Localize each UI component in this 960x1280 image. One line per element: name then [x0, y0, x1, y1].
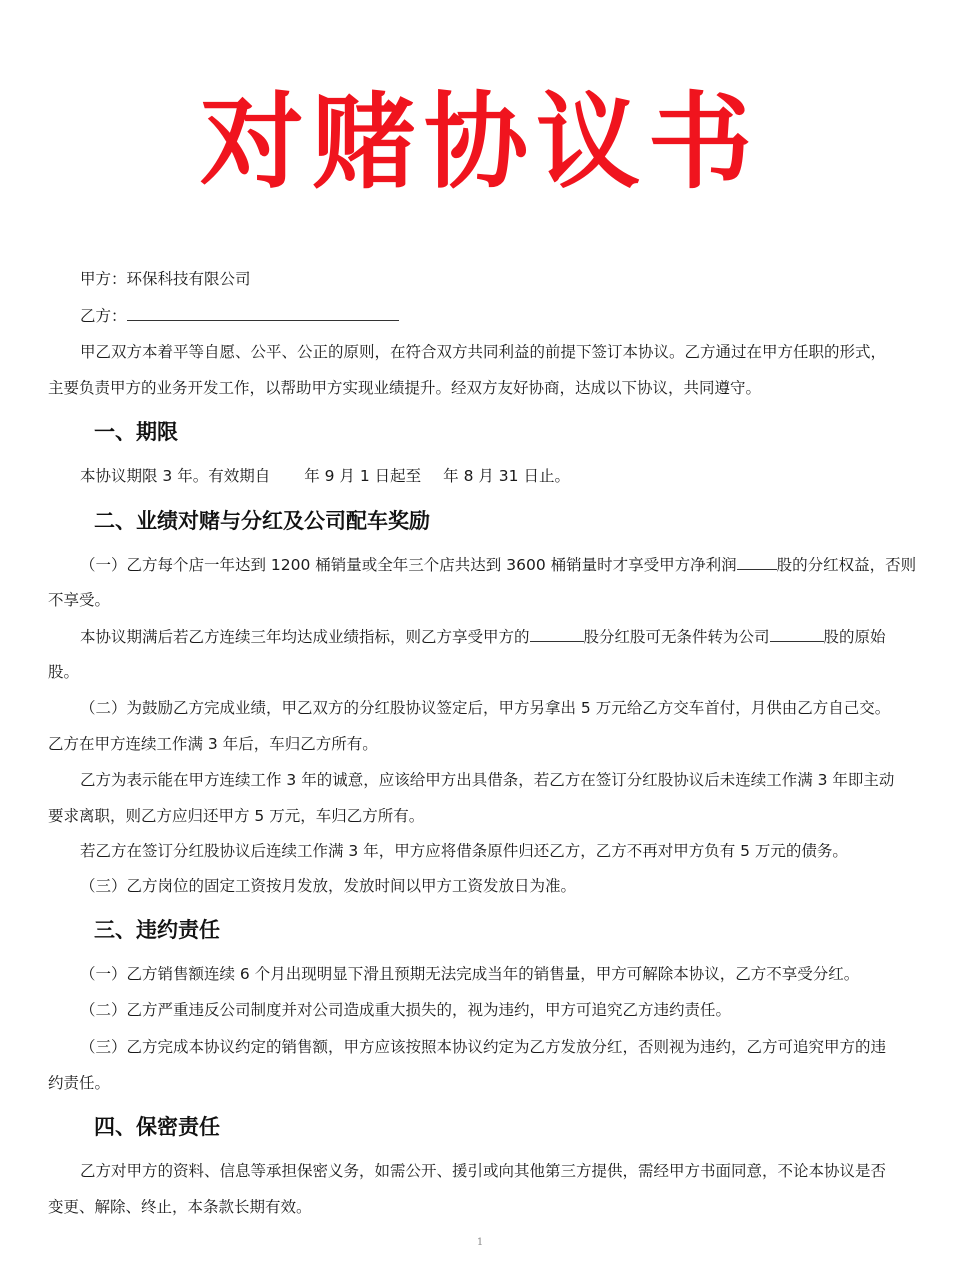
- section-2-p3-line-1: （二）为鼓励乙方完成业绩，甲乙双方的分红股协议签定后，甲方另拿出 5 万元给乙方…: [80, 697, 890, 719]
- term-text-mid: 年 9 月 1 日起至: [304, 467, 421, 485]
- section-4-p1-line-2: 变更、解除、终止，本条款长期有效。: [48, 1196, 312, 1218]
- section-3-p1: （一）乙方销售额连续 6 个月出现明显下滑且预期无法完成当年的销售量，甲方可解除…: [80, 963, 859, 985]
- text: 股分红股可无条件转为公司: [584, 628, 770, 646]
- section-3-p3-line-1: （三）乙方完成本协议约定的销售额，甲方应该按照本协议约定为乙方发放分红，否则视为…: [80, 1036, 886, 1058]
- section-2-p5: 若乙方在签订分红股协议后连续工作满 3 年，甲方应将借条原件归还乙方，乙方不再对…: [80, 840, 848, 862]
- conversion-shares-blank[interactable]: [530, 625, 584, 642]
- text: 股的分红权益，否则: [777, 556, 917, 574]
- page-number: 1: [0, 1237, 960, 1248]
- party-a-value: 环保科技有限公司: [127, 270, 251, 288]
- section-2-heading: 二、业绩对赌与分红及公司配车奖励: [94, 507, 430, 535]
- section-3-p3-line-2: 约责任。: [48, 1072, 110, 1094]
- party-b-line: 乙方：: [80, 304, 399, 327]
- dividend-shares-blank[interactable]: [737, 553, 777, 570]
- term-text-start: 本协议期限 3 年。有效期自: [80, 467, 270, 485]
- term-line: 本协议期限 3 年。有效期自年 9 月 1 日起至年 8 月 31 日止。: [80, 465, 570, 487]
- document-title: 对赌协议书: [0, 82, 960, 202]
- section-2-p1-line-1: （一）乙方每个店一年达到 1200 桶销量或全年三个店共达到 3600 桶销量时…: [80, 553, 916, 576]
- section-2-p2-line-1: 本协议期满后若乙方连续三年均达成业绩指标，则乙方享受甲方的股分红股可无条件转为公…: [80, 625, 886, 648]
- section-2-p2-line-2: 股。: [48, 661, 79, 683]
- section-2-p3-line-2: 乙方在甲方连续工作满 3 年后，车归乙方所有。: [48, 733, 378, 755]
- section-2-p6: （三）乙方岗位的固定工资按月发放，发放时间以甲方工资发放日为准。: [80, 875, 576, 897]
- intro-line-1: 甲乙双方本着平等自愿、公平、公正的原则，在符合双方共同利益的前提下签订本协议。乙…: [80, 341, 886, 363]
- text: 本协议期满后若乙方连续三年均达成业绩指标，则乙方享受甲方的: [80, 628, 530, 646]
- section-3-heading: 三、违约责任: [94, 916, 220, 944]
- intro-line-2: 主要负责甲方的业务开发工作，以帮助甲方实现业绩提升。经双方友好协商，达成以下协议…: [48, 377, 761, 399]
- text: （一）乙方每个店一年达到 1200 桶销量或全年三个店共达到 3600 桶销量时…: [80, 556, 737, 574]
- term-text-end: 年 8 月 31 日止。: [443, 467, 570, 485]
- section-2-p1-line-2: 不享受。: [48, 589, 110, 611]
- original-shares-blank[interactable]: [770, 625, 824, 642]
- section-4-heading: 四、保密责任: [94, 1113, 220, 1141]
- section-4-p1-line-1: 乙方对甲方的资料、信息等承担保密义务，如需公开、援引或向其他第三方提供，需经甲方…: [80, 1160, 886, 1182]
- party-a-label: 甲方：: [80, 270, 127, 288]
- text: 股的原始: [824, 628, 886, 646]
- section-1-heading: 一、期限: [94, 418, 178, 446]
- party-a-line: 甲方：环保科技有限公司: [80, 268, 251, 290]
- section-3-p2: （二）乙方严重违反公司制度并对公司造成重大损失的，视为违约，甲方可追究乙方违约责…: [80, 999, 731, 1021]
- party-b-label: 乙方：: [80, 307, 127, 325]
- section-2-p4-line-2: 要求离职，则乙方应归还甲方 5 万元，车归乙方所有。: [48, 805, 424, 827]
- party-b-blank-field[interactable]: [127, 304, 399, 321]
- section-2-p4-line-1: 乙方为表示能在甲方连续工作 3 年的诚意，应该给甲方出具借条，若乙方在签订分红股…: [80, 769, 894, 791]
